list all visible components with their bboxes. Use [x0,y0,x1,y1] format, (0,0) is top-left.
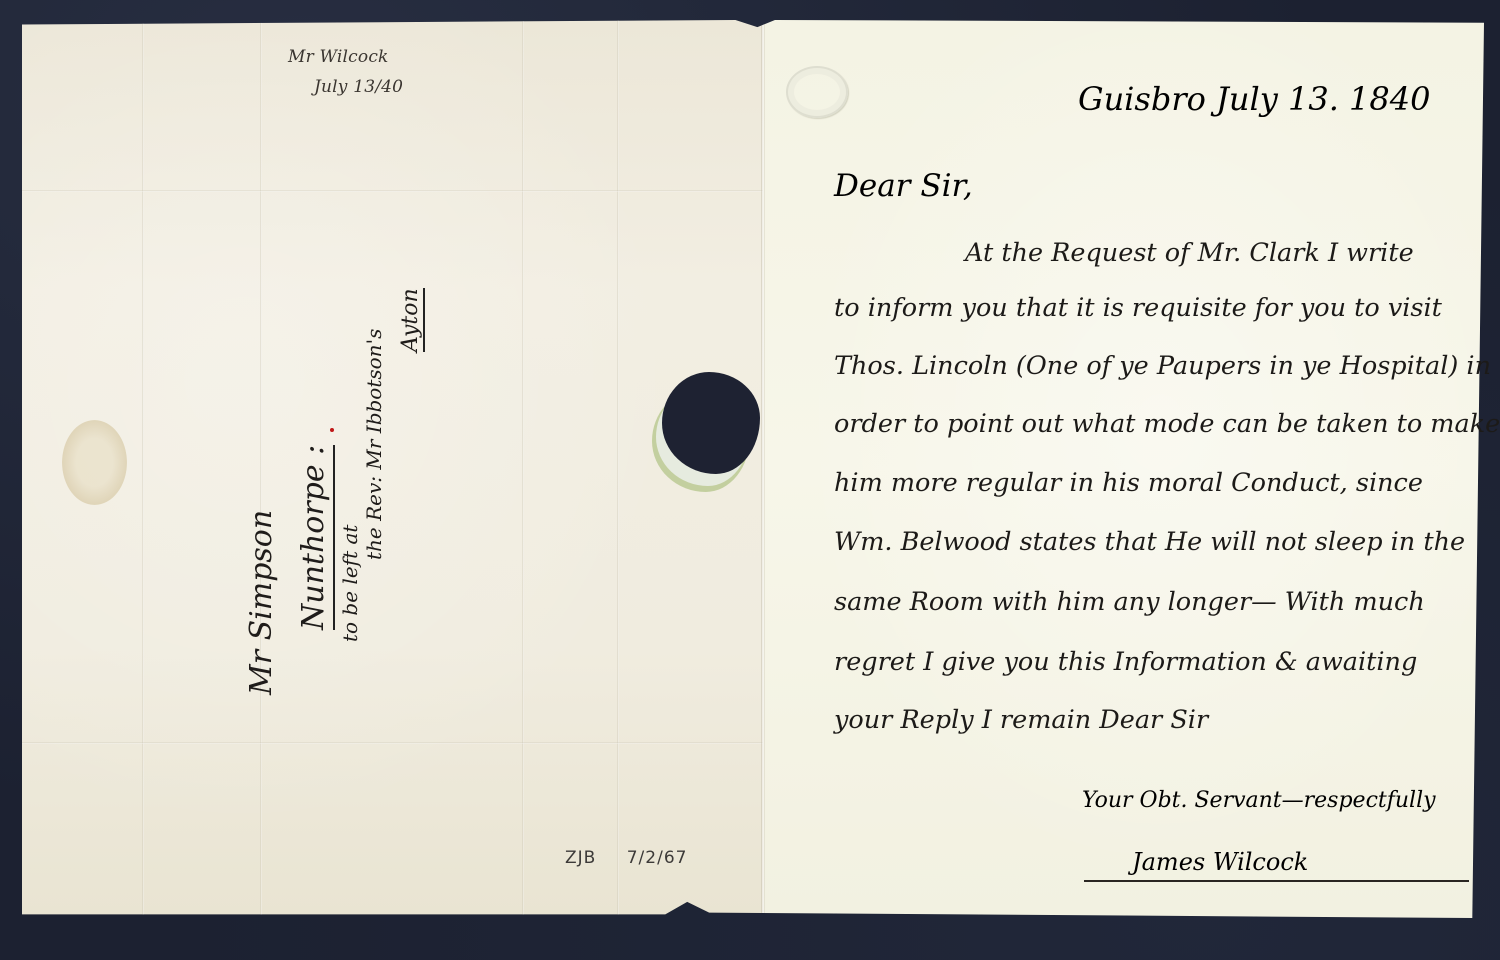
body-line: Thos. Lincoln (One of ye Paupers in ye H… [834,351,1491,381]
body-line: At the Request of Mr. Clark I write [965,238,1414,268]
fold-line [22,742,763,744]
fold-line [617,20,619,918]
salutation: Dear Sir, [834,168,973,204]
wax-seal-icon [662,372,760,474]
archive-date: 7/2/67 [627,848,688,868]
body-line: Wm. Belwood states that He will not slee… [834,527,1465,557]
body-line: to inform you that it is requisite for y… [834,293,1442,323]
red-ink-dot [330,428,334,432]
archive-mark: ZJB 7/2/67 [565,848,687,868]
address-name: Mr Simpson [244,510,279,695]
signature-underline [1084,880,1469,882]
fold-line [142,20,144,918]
address-town: Ayton [398,288,425,352]
wax-stain [62,420,127,505]
docket-line-2: July 13/40 [288,72,403,102]
center-fold [761,20,765,918]
fold-line [522,20,524,918]
signature: James Wilcock [1132,848,1308,876]
address-care-line-2: the Rev: Mr Ibbotson's [362,329,386,560]
archive-ref: ZJB [565,848,596,868]
closing: Your Obt. Servant—respectfully [1082,788,1436,813]
embossed-stamp-icon [786,66,848,118]
place-date: Guisbro July 13. 1840 [1078,80,1430,118]
fold-line [260,20,262,918]
body-line: order to point out what mode can be take… [834,409,1500,439]
fold-line [22,190,763,192]
docket-line-1: Mr Wilcock [288,47,389,67]
body-line: regret I give you this Information & awa… [834,647,1417,677]
docket-note: Mr Wilcock July 13/40 [288,42,403,102]
address-place: Nunthorpe : [296,445,335,630]
body-line: your Reply I remain Dear Sir [834,705,1208,735]
body-line: him more regular in his moral Conduct, s… [834,468,1423,498]
outer-address-panel [22,20,763,918]
address-care-line-1: to be left at [338,525,362,642]
body-line: same Room with him any longer— With much [834,587,1425,617]
